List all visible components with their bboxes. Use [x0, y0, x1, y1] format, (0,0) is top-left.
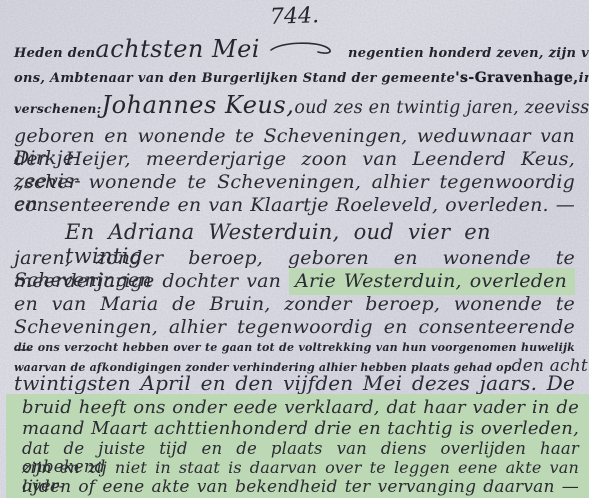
document-line: consenteerende en van Klaartje Roeleveld… — [0, 195, 589, 217]
highlighted-line: maand Maart achttienhonderd drie en tach… — [6, 419, 589, 439]
handwritten-date: achtsten Mei — [95, 36, 260, 64]
document-line: twintigsten April en den vijfden Mei dez… — [0, 372, 589, 395]
printed-text: verschenen: — [14, 102, 102, 116]
handwritten-text: bruid heeft ons onder eede verklaard, da… — [22, 397, 579, 418]
printed-text: ons, Ambtenaar van den Burgerlijken Stan… — [14, 72, 455, 87]
blackletter-city-name: 's-Gravenhage, — [455, 70, 578, 86]
handwritten-text: oud zes en twintig jaren, zeevisscher — [294, 98, 589, 118]
printed-text: Heden den — [14, 47, 95, 62]
handwritten-text: lijden of eene akte van bekendheid ter v… — [22, 477, 579, 497]
highlighted-passage: bruid heeft ons onder eede verklaard, da… — [6, 394, 589, 498]
flourish-dash-icon — [268, 41, 340, 61]
document-line-printed-clause: die ons verzocht hebben over te gaan tot… — [0, 342, 589, 355]
printed-text: die ons verzocht hebben over te gaan tot… — [14, 341, 575, 354]
handwritten-text: maand Maart achttienhonderd drie en tach… — [22, 418, 579, 439]
highlighted-text-father: Arie Westerduin, overleden — [289, 268, 575, 295]
highlighted-line: bruid heeft ons onder eede verklaard, da… — [6, 398, 589, 418]
handwritten-text: meerderjarige dochter van — [14, 270, 289, 292]
document-line-date: Heden den achtsten Mei negentien honderd… — [0, 36, 589, 64]
scanned-document-page: 744. Heden den achtsten Mei negentien ho… — [0, 0, 589, 498]
document-line-groom: verschenen: Johannes Keus, oud zes en tw… — [0, 92, 589, 120]
document-line-father: meerderjarige dochter van Arie Westerdui… — [0, 271, 589, 293]
document-line-header: ons, Ambtenaar van den Burgerlijken Stan… — [0, 70, 589, 87]
handwritten-text: twintigsten April en den vijfden Mei dez… — [14, 371, 575, 395]
document-line: en van Maria de Bruin, zonder beroep, wo… — [0, 294, 589, 316]
act-number: 744. — [0, 0, 589, 39]
handwritten-text: consenteerende en van Klaartje Roeleveld… — [14, 194, 575, 216]
handwritten-groom-name: Johannes Keus, — [102, 92, 295, 120]
printed-text: negentien honderd zeven, zijn voor — [348, 47, 589, 62]
highlighted-line: lijden of eene akte van bekendheid ter v… — [6, 478, 589, 497]
printed-text: in het Raadhuis — [579, 72, 589, 87]
handwritten-text: en van Maria de Bruin, zonder beroep, wo… — [14, 293, 575, 315]
